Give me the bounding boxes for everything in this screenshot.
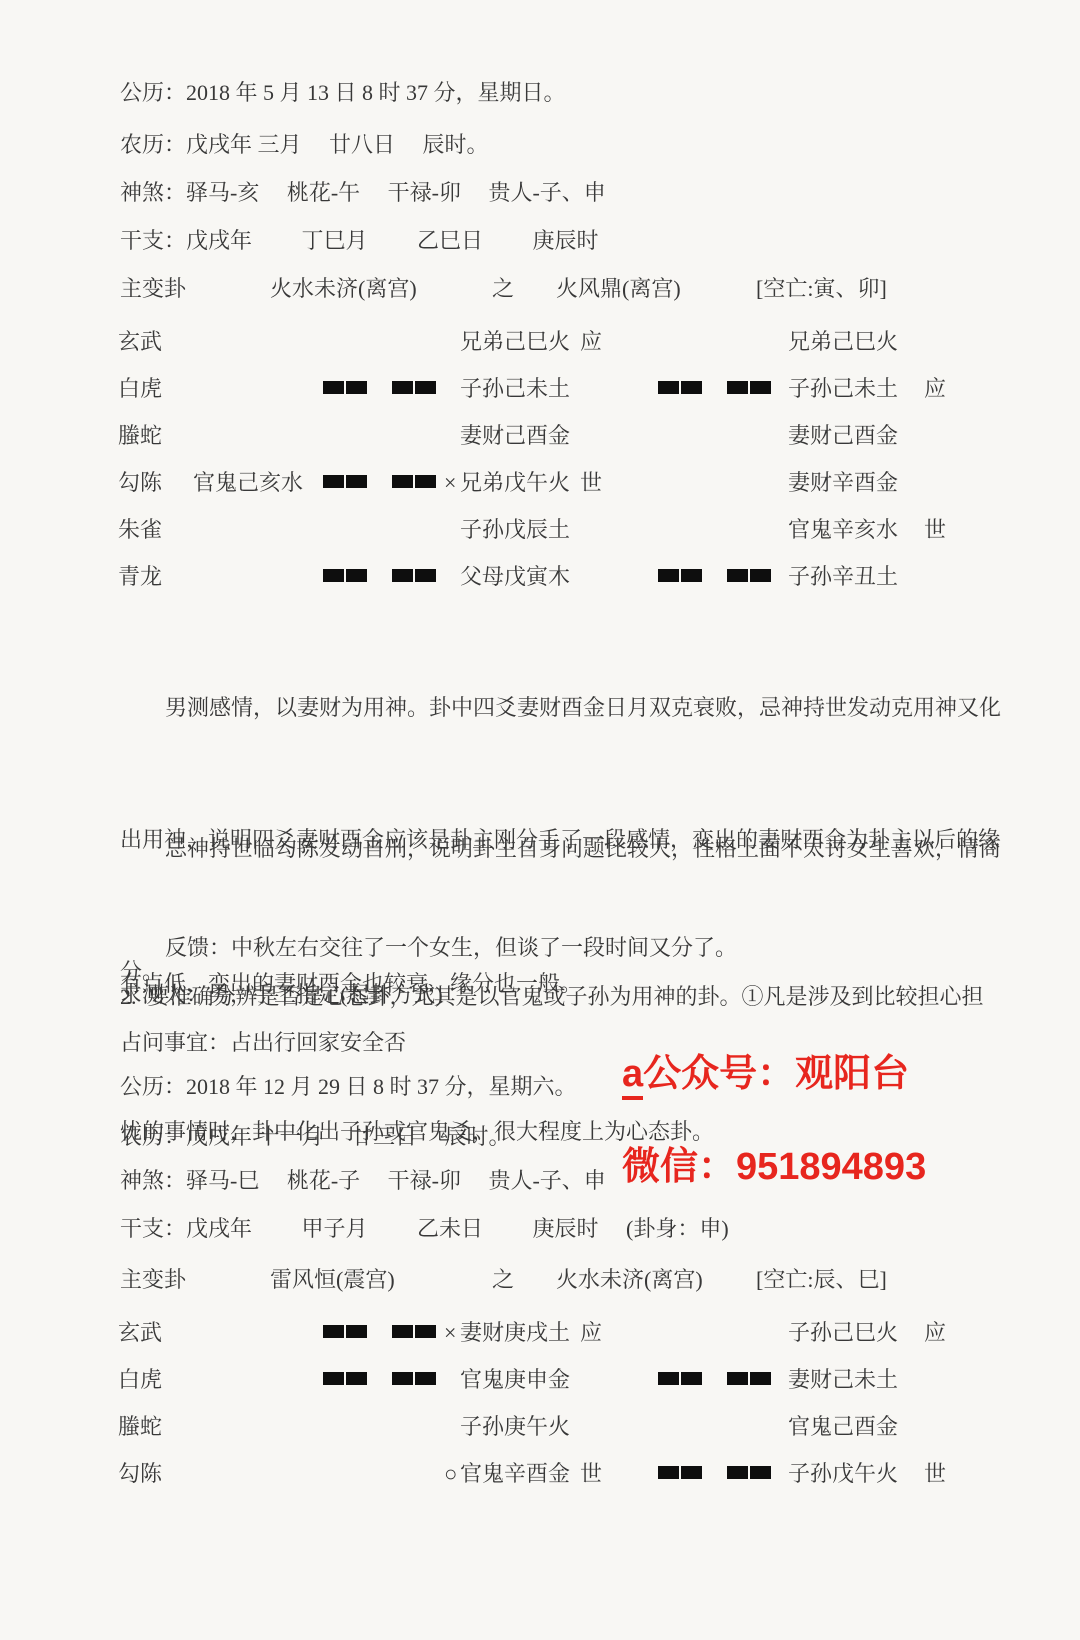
role-mark: 世 xyxy=(912,513,972,544)
kongwang-note: [空亡:辰、巳] xyxy=(756,1263,887,1294)
six-god-label: 朱雀 xyxy=(118,513,193,544)
question-line: 占问事宜：占出行回家安全否 xyxy=(120,1030,406,1056)
changed-yao-cell xyxy=(642,422,772,448)
changed-line-text: 子孙己巳火 xyxy=(772,1316,912,1347)
changed-line-text: 子孙辛丑土 xyxy=(772,560,912,591)
hexagram-row: 青龙 父母戊寅木 子孙辛丑土 xyxy=(0,552,1080,599)
solar-date-line: 公历：2018 年 5 月 13 日 8 时 37 分，星期日。 xyxy=(120,80,566,106)
changed-yao-cell xyxy=(642,1372,772,1385)
hexagram-row: 勾陈 官鬼己亥水 ×兄弟戊午火 世 妻财辛酉金 xyxy=(0,458,1080,505)
changed-yao-cell xyxy=(642,328,772,354)
yin-line-bar xyxy=(323,381,436,394)
gua-title-line: 主变卦 雷风恒(震宫) 之 火水未济(离宫) [空亡:辰、巳] xyxy=(120,1263,887,1294)
main-line-text: 兄弟己巳火 xyxy=(444,325,580,356)
yin-line-bar xyxy=(323,1372,436,1385)
ganzhi-line: 干支：戊戌年 甲子月 乙未日 庚辰时 (卦身：申) xyxy=(120,1216,729,1242)
changed-yao-cell xyxy=(642,516,772,542)
paragraph-line: 男测感情，以妻财为用神。卦中四爻妻财酉金日月双克衰败，忌神持世发动克用神又化 xyxy=(120,686,1001,730)
changed-yao-cell xyxy=(642,1466,772,1479)
six-god-label: 青龙 xyxy=(118,560,193,591)
gua-title-line: 主变卦 火水未济(离宫) 之 火风鼎(离宫) [空亡:寅、卯] xyxy=(120,272,887,303)
yin-line-bar xyxy=(658,381,771,394)
main-yao-cell xyxy=(323,381,444,394)
zhi-separator: 之 xyxy=(492,272,556,303)
hexagram-row: 朱雀 子孙戊辰土 官鬼辛亥水 世 xyxy=(0,505,1080,552)
main-gua-name: 雷风恒(震宫) xyxy=(270,1263,492,1294)
moving-line-marker: ○ xyxy=(444,1461,460,1487)
zhi-separator: 之 xyxy=(492,1263,556,1294)
hexagram-row: 玄武 ×妻财庚戌土 应 子孙己巳火 应 xyxy=(0,1308,1080,1355)
six-god-label: 玄武 xyxy=(118,1316,193,1347)
changed-gua-name: 火水未济(离宫) xyxy=(556,1263,756,1294)
changed-line-text: 兄弟己巳火 xyxy=(772,325,912,356)
role-mark: 世 xyxy=(580,466,642,497)
moving-line-marker: × xyxy=(444,1320,460,1346)
role-mark: 世 xyxy=(912,1457,972,1488)
role-mark: 世 xyxy=(580,1457,642,1488)
yin-line-bar xyxy=(658,569,771,582)
main-yao-cell xyxy=(323,569,444,582)
six-god-label: 勾陈 xyxy=(118,1457,193,1488)
changed-yao-cell xyxy=(642,381,772,394)
changed-line-text: 子孙己未土 xyxy=(772,372,912,403)
hidden-line-text: 官鬼己亥水 xyxy=(193,466,323,497)
main-yao-cell xyxy=(323,1372,444,1385)
six-god-label: 螣蛇 xyxy=(118,419,193,450)
role-mark: 应 xyxy=(580,1316,642,1347)
six-god-label: 螣蛇 xyxy=(118,1410,193,1441)
role-mark: 应 xyxy=(912,1316,972,1347)
hexagram-table-2: 玄武 ×妻财庚戌土 应 子孙己巳火 应 白虎 官鬼庚申金 妻财己未土 螣蛇 子孙… xyxy=(0,1308,1080,1496)
seeker-line: 求测人：男，手工指定(起卦方式) xyxy=(120,982,443,1008)
changed-line-text: 子孙戊午火 xyxy=(772,1457,912,1488)
watermark-wechat: 微信：951894893 xyxy=(622,1146,926,1188)
hexagram-row: 玄武 兄弟己巳火 应 兄弟己巳火 xyxy=(0,317,1080,364)
six-god-label: 勾陈 xyxy=(118,466,193,497)
yin-line-bar xyxy=(323,1325,436,1338)
main-line-text: ○官鬼辛酉金 xyxy=(444,1457,580,1488)
shensha-line: 神煞：驿马-亥 桃花-午 干禄-卯 贵人-子、申 xyxy=(120,180,606,206)
main-line-text: 官鬼庚申金 xyxy=(444,1363,580,1394)
hexagram-row: 勾陈 ○官鬼辛酉金 世 子孙戊午火 世 xyxy=(0,1449,1080,1496)
watermark-gongzhonghao: a公众号：观阳台 xyxy=(622,1053,909,1095)
lunar-date-line: 农历：戊戌年 十一月 廿三日 辰时。 xyxy=(120,1124,511,1150)
changed-yao-cell xyxy=(642,569,772,582)
yin-line-bar xyxy=(658,1372,771,1385)
document-page: 公历：2018 年 5 月 13 日 8 时 37 分，星期日。 农历：戊戌年 … xyxy=(0,0,1080,1640)
changed-line-text: 妻财辛酉金 xyxy=(772,466,912,497)
main-line-text: 子孙戊辰土 xyxy=(444,513,580,544)
main-line-text: 子孙己未土 xyxy=(444,372,580,403)
gua-title-label: 主变卦 xyxy=(120,1263,270,1294)
main-line-text: 子孙庚午火 xyxy=(444,1410,580,1441)
moving-line-marker: × xyxy=(444,470,460,496)
changed-line-text: 妻财己未土 xyxy=(772,1363,912,1394)
shensha-line: 神煞：驿马-巳 桃花-子 干禄-卯 贵人-子、申 xyxy=(120,1168,606,1194)
changed-line-text: 官鬼己酉金 xyxy=(772,1410,912,1441)
watermark-account-text: 公众号：观阳台 xyxy=(643,1053,909,1095)
changed-gua-name: 火风鼎(离宫) xyxy=(556,272,756,303)
six-god-label: 白虎 xyxy=(118,1363,193,1394)
solar-date-line: 公历：2018 年 12 月 29 日 8 时 37 分，星期六。 xyxy=(120,1074,577,1100)
hexagram-row: 白虎 子孙己未土 子孙己未土 应 xyxy=(0,364,1080,411)
main-line-text: 父母戊寅木 xyxy=(444,560,580,591)
role-mark: 应 xyxy=(580,325,642,356)
lunar-date-line: 农历：戊戌年 三月 廿八日 辰时。 xyxy=(120,132,489,158)
changed-yao-cell xyxy=(642,1413,772,1439)
main-line-text: 妻财己酉金 xyxy=(444,419,580,450)
main-line-text: ×兄弟戊午火 xyxy=(444,466,580,497)
hexagram-table-1: 玄武 兄弟己巳火 应 兄弟己巳火 白虎 子孙己未土 子孙己未土 应 螣蛇 妻财己… xyxy=(0,317,1080,599)
hexagram-row: 白虎 官鬼庚申金 妻财己未土 xyxy=(0,1355,1080,1402)
main-gua-name: 火水未济(离宫) xyxy=(270,272,492,303)
watermark-letter-a: a xyxy=(622,1053,643,1100)
ganzhi-line: 干支：戊戌年 丁巳月 乙巳日 庚辰时 xyxy=(120,228,599,254)
yin-line-bar xyxy=(323,475,436,488)
yin-line-bar xyxy=(658,1466,771,1479)
hexagram-row: 螣蛇 妻财己酉金 妻财己酉金 xyxy=(0,411,1080,458)
changed-yao-cell xyxy=(642,1319,772,1345)
hexagram-row: 螣蛇 子孙庚午火 官鬼己酉金 xyxy=(0,1402,1080,1449)
role-mark: 应 xyxy=(912,372,972,403)
main-yao-cell xyxy=(323,475,444,488)
six-god-label: 玄武 xyxy=(118,325,193,356)
yin-line-bar xyxy=(323,569,436,582)
gua-title-label: 主变卦 xyxy=(120,272,270,303)
main-yao-cell xyxy=(323,1325,444,1338)
changed-yao-cell xyxy=(642,469,772,495)
changed-line-text: 官鬼辛亥水 xyxy=(772,513,912,544)
changed-line-text: 妻财己酉金 xyxy=(772,419,912,450)
kongwang-note: [空亡:寅、卯] xyxy=(756,272,887,303)
main-line-text: ×妻财庚戌土 xyxy=(444,1316,580,1347)
six-god-label: 白虎 xyxy=(118,372,193,403)
